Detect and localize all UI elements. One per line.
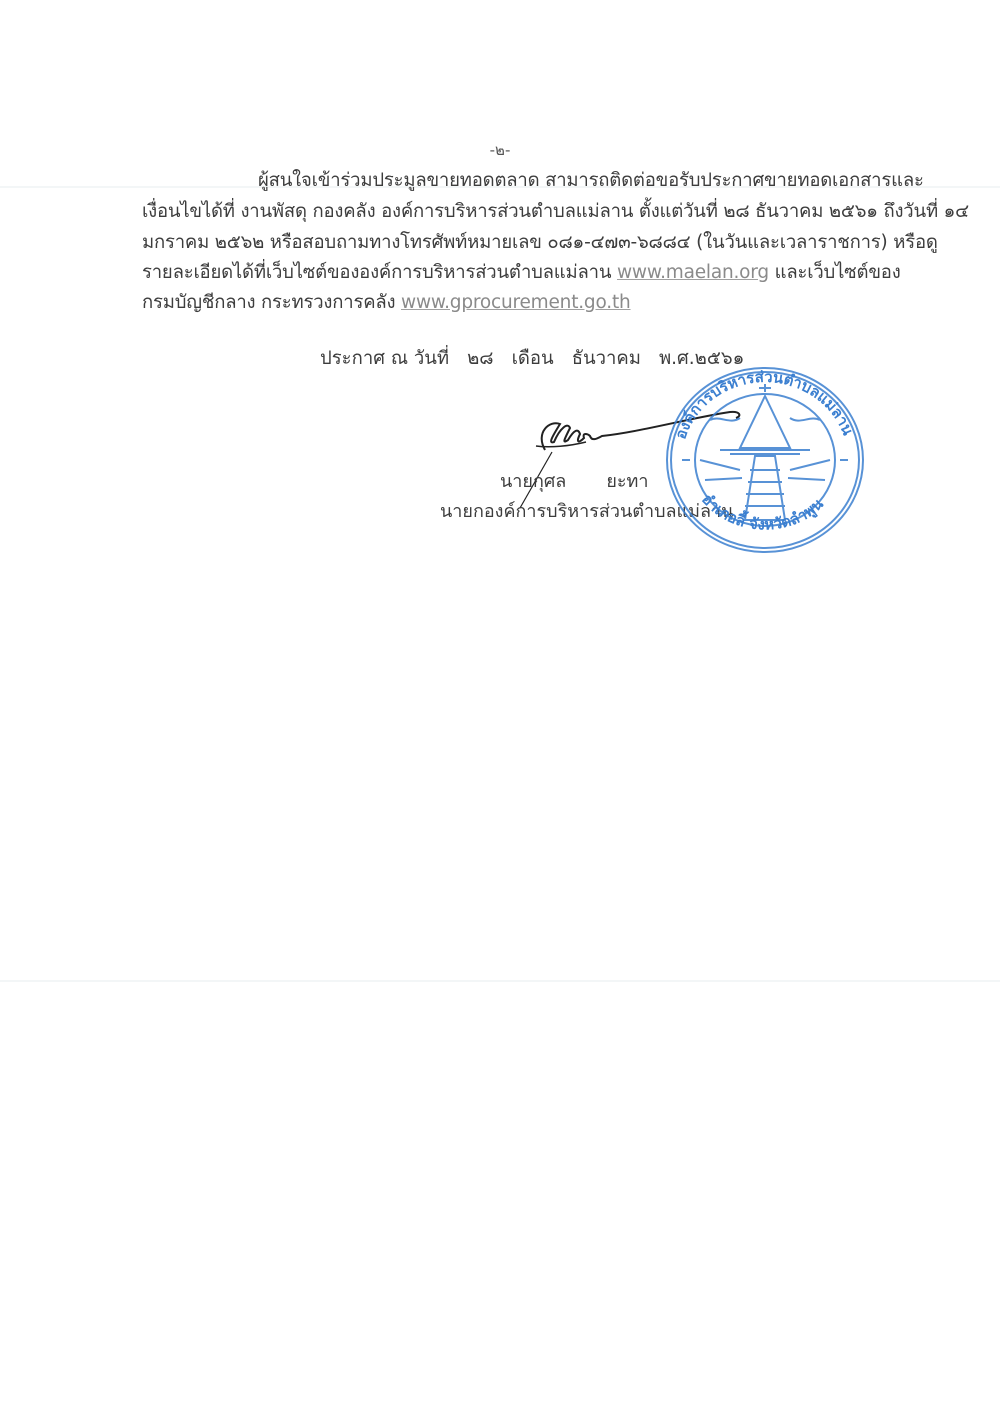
announce-day: ๒๘: [467, 348, 493, 369]
seal-top-text: องค์การบริหารส่วนตำบลแม่ลาน: [671, 368, 857, 442]
line-4-prefix: รายละเอียดได้ที่เว็บไซต์ขององค์การบริหาร…: [142, 262, 617, 283]
official-seal-icon: องค์การบริหารส่วนตำบลแม่ลาน อำเภอลี้ จัง…: [660, 360, 870, 560]
announce-month-label: เดือน: [512, 348, 554, 369]
seal-bottom-text: อำเภอลี้ จังหวัดลำพูน: [698, 490, 827, 534]
paragraph-line-5: กรมบัญชีกลาง กระทรวงการคลัง www.gprocure…: [142, 288, 631, 317]
signatory-last-name: ยะทา: [606, 471, 648, 492]
maelan-link[interactable]: www.maelan.org: [617, 262, 769, 283]
svg-text:องค์การบริหารส่วนตำบลแม่ลาน: องค์การบริหารส่วนตำบลแม่ลาน: [671, 368, 857, 442]
paragraph-line-3: มกราคม ๒๕๖๒ หรือสอบถามทางโทรศัพท์หมายเลข…: [142, 228, 938, 257]
paragraph-line-1: ผู้สนใจเข้าร่วมประมูลขายทอดตลาด สามารถติ…: [258, 166, 924, 195]
gprocurement-link[interactable]: www.gprocurement.go.th: [401, 292, 631, 313]
svg-text:อำเภอลี้ จังหวัดลำพูน: อำเภอลี้ จังหวัดลำพูน: [698, 490, 827, 534]
announce-label: ประกาศ ณ วันที่: [320, 348, 449, 369]
line-4-suffix: และเว็บไซต์ของ: [769, 262, 901, 283]
page-number: -๒-: [0, 138, 1000, 162]
paragraph-line-4: รายละเอียดได้ที่เว็บไซต์ขององค์การบริหาร…: [142, 258, 901, 287]
signatory-first-name: นายกุศล: [500, 471, 566, 492]
paragraph-line-2: เงื่อนไขได้ที่ งานพัสดุ กองคลัง องค์การบ…: [142, 197, 969, 226]
line-5-prefix: กรมบัญชีกลาง กระทรวงการคลัง: [142, 292, 401, 313]
announce-month: ธันวาคม: [572, 348, 641, 369]
scan-artifact-line: [0, 980, 1000, 982]
